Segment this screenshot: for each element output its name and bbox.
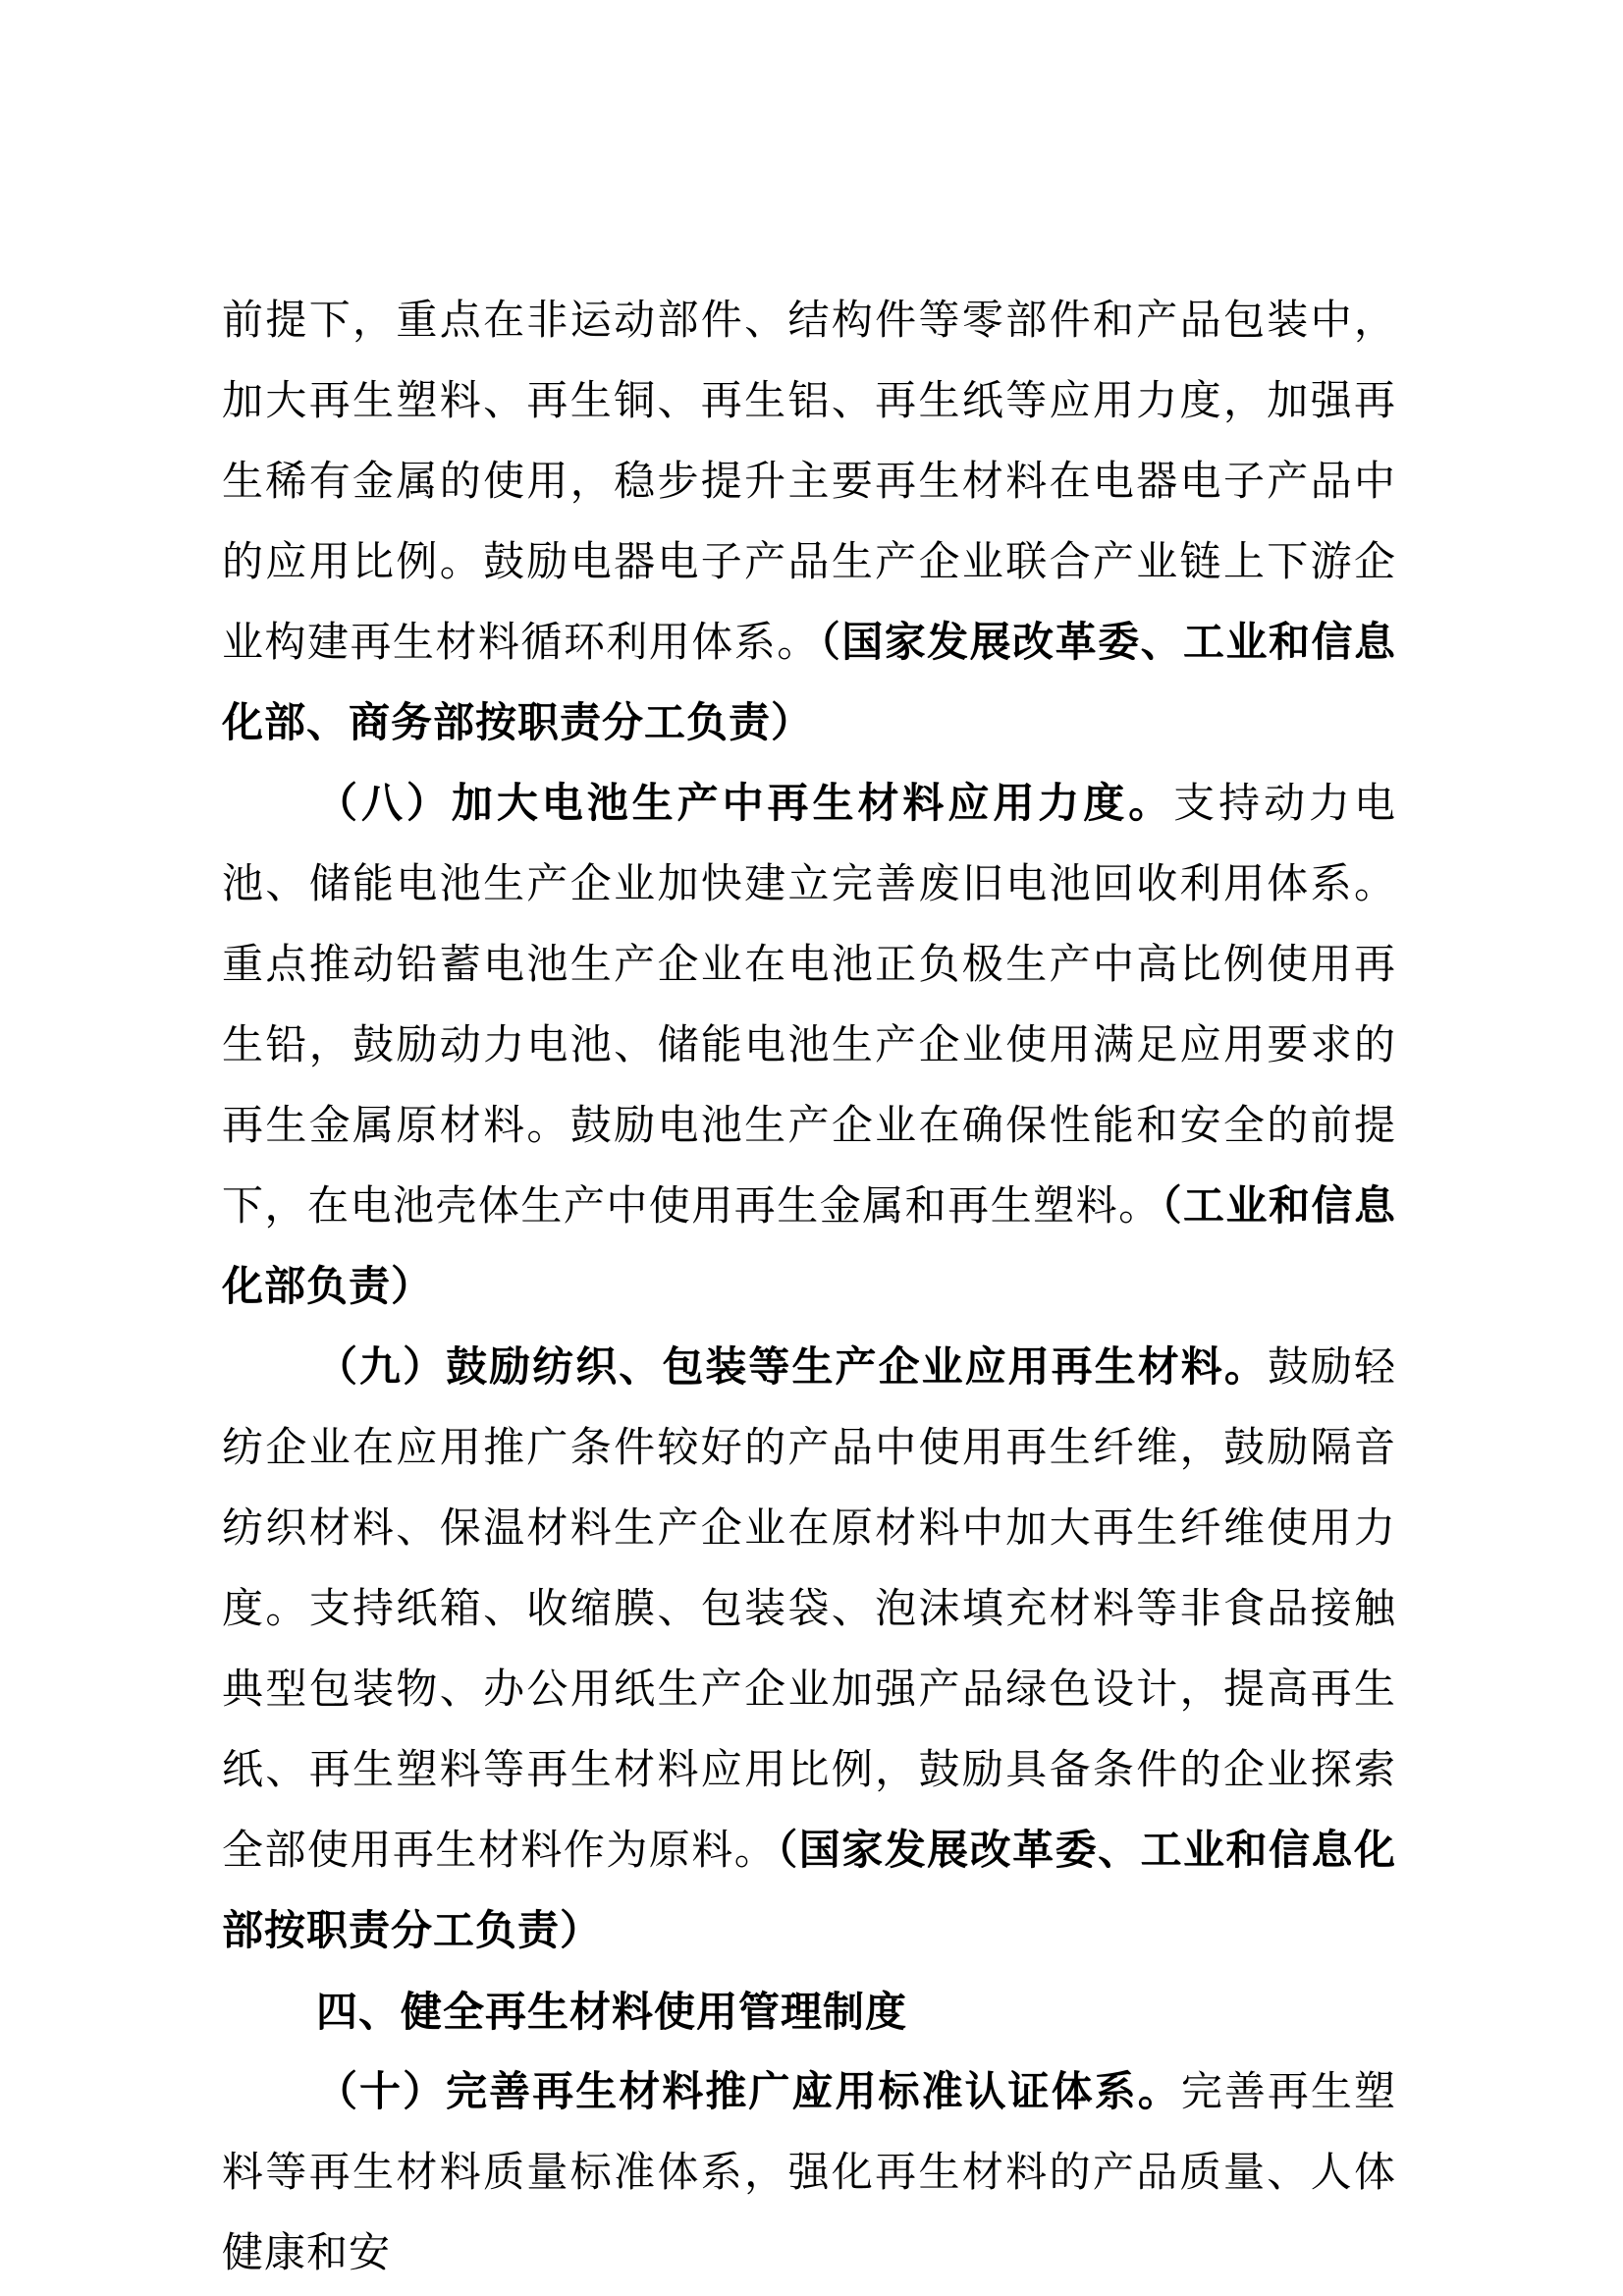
paragraph: （九）鼓励纺织、包装等生产企业应用再生材料。鼓励轻纺企业在应用推广条件较好的产品…: [222, 1328, 1396, 1972]
page-number: 4: [0, 2068, 1623, 2115]
body-text: 前提下，重点在非运动部件、结构件等零部件和产品包装中，加大再生塑料、再生铜、再生…: [222, 299, 1396, 666]
clause-title: （九）鼓励纺织、包装等生产企业应用再生材料。: [316, 1345, 1268, 1391]
body-text: 鼓励轻纺企业在应用推广条件较好的产品中使用再生纤维，鼓励隔音纺织材料、保温材料生…: [222, 1345, 1396, 1874]
paragraph: （八）加大电池生产中再生材料应用力度。支持动力电池、储能电池生产企业加快建立完善…: [222, 764, 1396, 1328]
paragraph: 前提下，重点在非运动部件、结构件等零部件和产品包装中，加大再生塑料、再生铜、再生…: [222, 281, 1396, 764]
clause-title: 四、健全再生材料使用管理制度: [316, 1989, 907, 2035]
document-body: 前提下，重点在非运动部件、结构件等零部件和产品包装中，加大再生塑料、再生铜、再生…: [222, 281, 1396, 2294]
body-text: 支持动力电池、储能电池生产企业加快建立完善废旧电池回收利用体系。重点推动铅蓄电池…: [222, 782, 1396, 1230]
clause-title: （八）加大电池生产中再生材料应用力度。: [316, 782, 1173, 827]
section-heading: 四、健全再生材料使用管理制度: [222, 1972, 1396, 2052]
document-page: 前提下，重点在非运动部件、结构件等零部件和产品包装中，加大再生塑料、再生铜、再生…: [0, 0, 1623, 2296]
